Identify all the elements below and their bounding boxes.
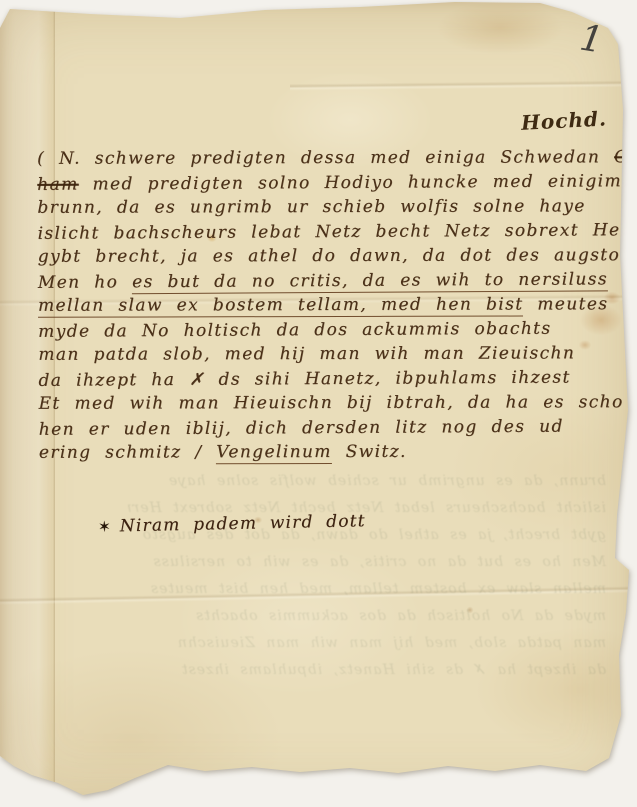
text-segment-strike: Gp — [614, 147, 637, 167]
text-segment-plain: hen er uden iblij, dich dersden litz nog… — [39, 416, 564, 439]
header-note: Hochd. — [520, 105, 631, 135]
text-segment-plain: gybt brecht, ja es athel do dawn, da dot… — [38, 245, 621, 267]
text-segment-plain: islicht bachscheurs lebat Netz becht Net… — [37, 220, 637, 244]
page-number: 1 — [577, 20, 605, 59]
text-segment-underline: Vengelinum — [216, 442, 332, 464]
verso-showthrough-text: brunn, da es ungrimb ur schieb wolfis so… — [128, 468, 606, 683]
scan-background: { "scan": { "page_number": "1", "backgro… — [0, 0, 637, 807]
manuscript-text-block: ( N. schwere predigten dessa med einiga … — [37, 144, 633, 466]
verso-showthrough-line: mellan slaw ex bostem tellam, med hen bi… — [128, 576, 606, 603]
verso-showthrough-line: myde da No holtisch da dos ackummis obac… — [128, 603, 606, 630]
crease-top — [290, 80, 637, 91]
star-mark: ✶ — [98, 518, 112, 536]
manuscript-paper: brunn, da es ungrimb ur schieb wolfis so… — [0, 0, 637, 807]
manuscript-line: man patda slob, med hij man wih man Zieu… — [38, 341, 632, 367]
verso-showthrough-line: man patda slob, med hij man wih man Zieu… — [128, 630, 606, 657]
text-segment-plain: Men ho — [38, 272, 132, 293]
manuscript-line: Men ho es but da no critis, da es wih to… — [38, 267, 632, 295]
paper-shadow-wrap: brunn, da es ungrimb ur schieb wolfis so… — [0, 0, 637, 807]
manuscript-line: hen er uden iblij, dich dersden litz nog… — [39, 414, 633, 442]
text-segment-plain: ( N. schwere predigten dessa med einiga … — [37, 147, 614, 169]
verso-showthrough-line: Men ho es but da no critis, da es wih to… — [128, 549, 606, 576]
text-segment-strike: ham — [37, 174, 79, 194]
text-segment-plain: brunn, da es ungrimb ur schieb wolfis so… — [37, 196, 585, 217]
text-segment-plain: med predigten solno Hodiyo huncke med ei… — [79, 171, 622, 194]
verso-showthrough-line: brunn, da es ungrimb ur schieb wolfis so… — [128, 468, 606, 495]
manuscript-line: brunn, da es ungrimb ur schieb wolfis so… — [37, 194, 631, 220]
postscript-text: Niram padem wird dott — [120, 511, 366, 536]
text-segment-plain: man patda slob, med hij man wih man Zieu… — [38, 343, 575, 364]
manuscript-line: myde da No holtisch da dos ackummis obac… — [38, 316, 632, 344]
manuscript-line: da ihzept ha ✗ ds sihi Hanetz, ibpuhlams… — [38, 365, 632, 393]
text-segment-plain: Switz. — [332, 442, 407, 462]
manuscript-line: Et med wih man Hieuischn bij ibtrah, da … — [39, 390, 633, 416]
text-segment-plain: meutes — [523, 294, 608, 314]
manuscript-line: islicht bachscheurs lebat Netz becht Net… — [37, 218, 631, 246]
crease-bottom — [0, 586, 637, 605]
manuscript-line: mellan slaw ex bostem tellam, med hen bi… — [38, 292, 632, 318]
text-segment-underline: es but da no critis, da es wih to nersil… — [132, 269, 608, 294]
text-segment-plain: ering schmitz / — [39, 442, 216, 462]
manuscript-line: ham med predigten solno Hodiyo huncke me… — [37, 169, 631, 197]
text-segment-plain: Et med wih man Hieuischn bij ibtrah, da … — [39, 392, 624, 414]
manuscript-line: ering schmitz / Vengelinum Switz. — [39, 439, 633, 465]
manuscript-line: ( N. schwere predigten dessa med einiga … — [37, 145, 631, 171]
text-segment-underline: mellan slaw ex bostem tellam, med hen bi… — [38, 295, 523, 318]
manuscript-line: gybt brecht, ja es athel do dawn, da dot… — [38, 243, 632, 269]
verso-showthrough-line: da ihzept ha ✗ ds sihi Hanetz, ibpuhlams… — [128, 657, 606, 683]
text-segment-plain: myde da No holtisch da dos ackummis obac… — [38, 318, 551, 341]
text-segment-plain: da ihzept ha ✗ ds sihi Hanetz, ibpuhlams… — [38, 367, 570, 390]
postscript-line: ✶Niram padem wird dott — [98, 511, 366, 537]
